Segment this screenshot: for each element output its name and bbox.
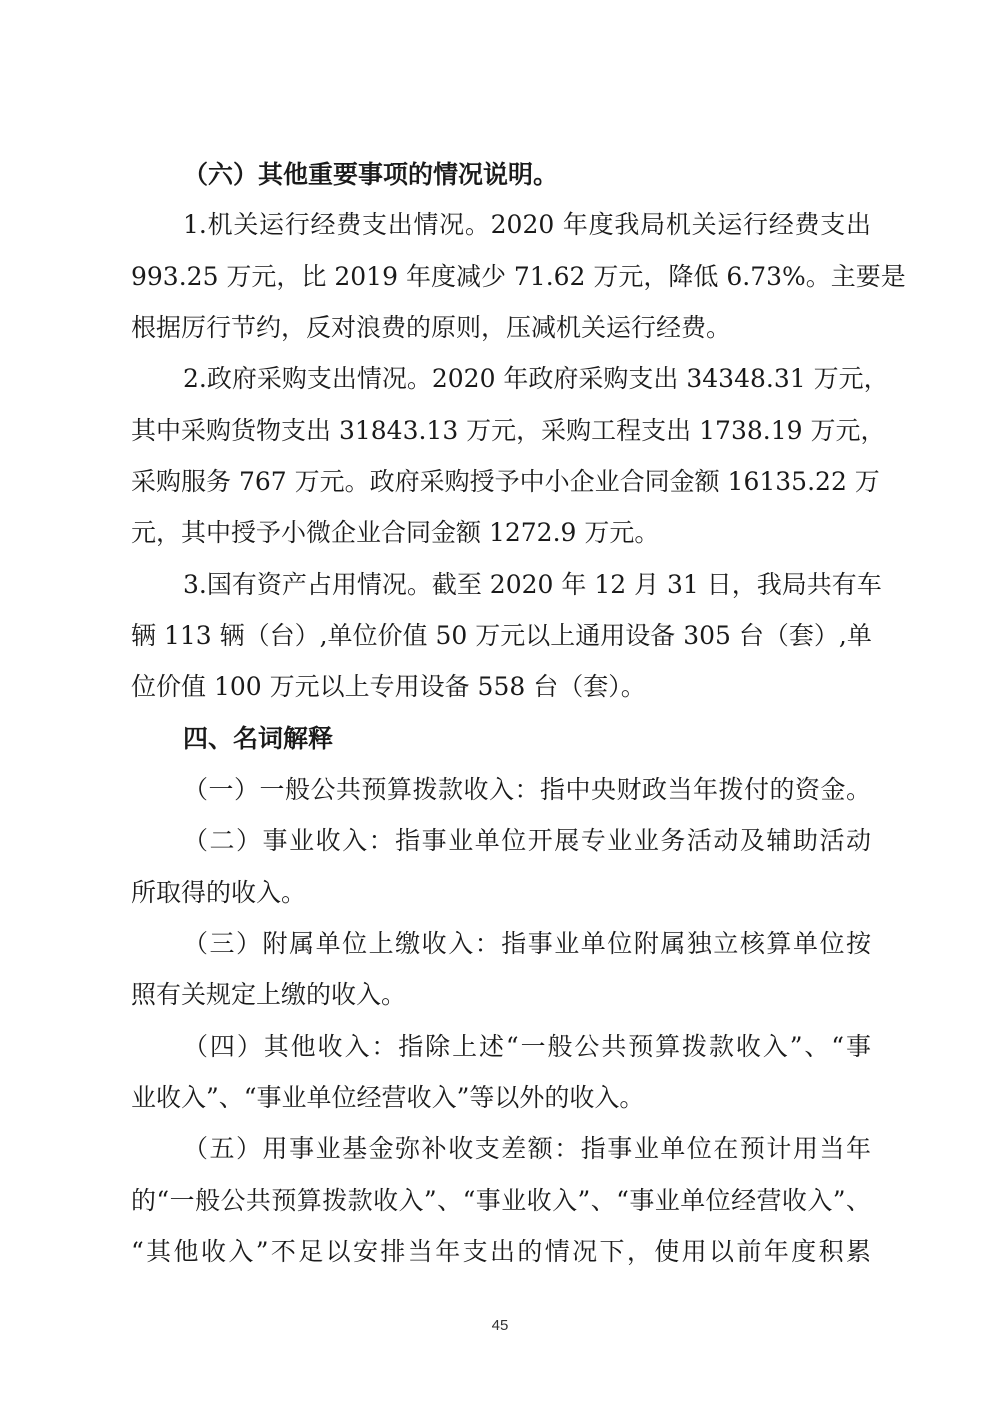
section-heading: （六）其他重要事项的情况说明。 — [183, 160, 871, 190]
definition-line: （四）其他收入：指除上述“一般公共预算拨款收入”、“事 — [183, 1032, 871, 1062]
definition-line: （五）用事业基金弥补收支差额：指事业单位在预计用当年 — [183, 1134, 871, 1164]
definition-line: 照有关规定上缴的收入。 — [131, 980, 871, 1010]
chapter-heading: 四、名词解释 — [183, 724, 871, 754]
paragraph-line: 元，其中授予小微企业合同金额 1272.9 万元。 — [131, 518, 871, 548]
definition-line: （一）一般公共预算拨款收入：指中央财政当年拨付的资金。 — [183, 775, 871, 805]
paragraph-line: 位价值 100 万元以上专用设备 558 台（套）。 — [131, 672, 871, 702]
paragraph-line: 根据厉行节约，反对浪费的原则，压减机关运行经费。 — [131, 313, 871, 343]
definition-line: 所取得的收入。 — [131, 878, 871, 908]
definition-line: 业收入”、“事业单位经营收入”等以外的收入。 — [131, 1083, 871, 1113]
paragraph-line: 其中采购货物支出 31843.13 万元，采购工程支出 1738.19 万元， — [131, 416, 871, 446]
definition-line: “其他收入”不足以安排当年支出的情况下，使用以前年度积累 — [131, 1237, 871, 1267]
paragraph-line: 2.政府采购支出情况。2020 年政府采购支出 34348.31 万元， — [183, 364, 871, 394]
paragraph-line: 采购服务 767 万元。政府采购授予中小企业合同金额 16135.22 万 — [131, 467, 871, 497]
document-page: （六）其他重要事项的情况说明。 1.机关运行经费支出情况。2020 年度我局机关… — [0, 0, 1000, 1413]
paragraph-line: 993.25 万元，比 2019 年度减少 71.62 万元，降低 6.73%。… — [131, 262, 871, 292]
paragraph-line: 辆 113 辆（台）,单位价值 50 万元以上通用设备 305 台（套）,单 — [131, 621, 871, 651]
paragraph-line: 1.机关运行经费支出情况。2020 年度我局机关运行经费支出 — [183, 210, 871, 240]
definition-line: （二）事业收入：指事业单位开展专业业务活动及辅助活动 — [183, 826, 871, 856]
page-number: 45 — [0, 1317, 1000, 1334]
definition-line: （三）附属单位上缴收入：指事业单位附属独立核算单位按 — [183, 929, 871, 959]
definition-line: 的“一般公共预算拨款收入”、“事业收入”、“事业单位经营收入”、 — [131, 1186, 871, 1216]
paragraph-line: 3.国有资产占用情况。截至 2020 年 12 月 31 日，我局共有车 — [183, 570, 871, 600]
